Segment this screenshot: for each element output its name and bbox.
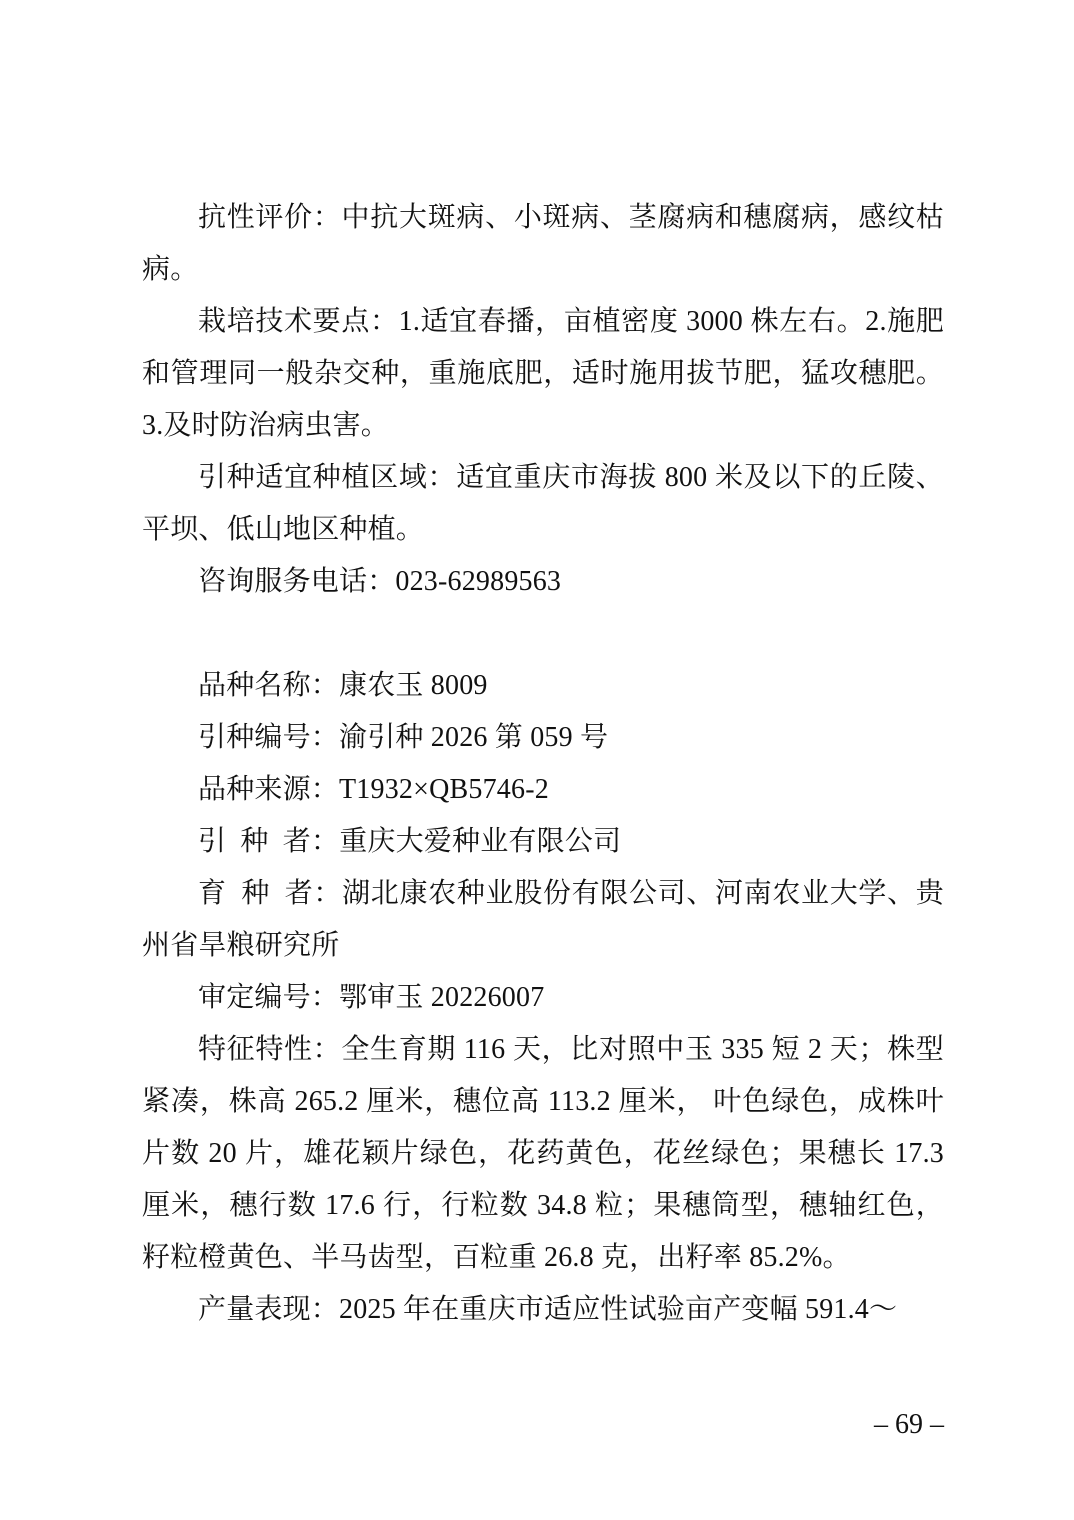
paragraph-variety-name: 品种名称：康农玉 8009 [142, 660, 944, 712]
paragraph-introduction-number: 引种编号：渝引种 2026 第 059 号 [142, 712, 944, 764]
paragraph-introducer: 引 种 者：重庆大爱种业有限公司 [142, 816, 944, 868]
paragraph-resistance-evaluation: 抗性评价：中抗大斑病、小斑病、茎腐病和穗腐病，感纹枯病。 [142, 192, 944, 296]
page-number: – 69 – [0, 1408, 944, 1442]
paragraph-suitable-planting-region: 引种适宜种植区域：适宜重庆市海拔 800 米及以下的丘陵、平坝、低山地区种植。 [142, 452, 944, 556]
paragraph-service-phone: 咨询服务电话：023-62989563 [142, 556, 944, 608]
paragraph-breeder: 育 种 者：湖北康农种业股份有限公司、河南农业大学、贵州省旱粮研究所 [142, 868, 944, 972]
document-body: 抗性评价：中抗大斑病、小斑病、茎腐病和穗腐病，感纹枯病。 栽培技术要点：1.适宜… [142, 192, 944, 1336]
document-page: 抗性评价：中抗大斑病、小斑病、茎腐病和穗腐病，感纹枯病。 栽培技术要点：1.适宜… [0, 0, 1074, 1520]
paragraph-cultivation-techniques: 栽培技术要点：1.适宜春播，亩植密度 3000 株左右。2.施肥和管理同一般杂交… [142, 296, 944, 452]
paragraph-characteristics: 特征特性：全生育期 116 天，比对照中玉 335 短 2 天；株型紧凑，株高 … [142, 1024, 944, 1284]
paragraph-variety-source: 品种来源：T1932×QB5746-2 [142, 764, 944, 816]
paragraph-approval-number: 审定编号：鄂审玉 20226007 [142, 972, 944, 1024]
paragraph-yield-performance: 产量表现：2025 年在重庆市适应性试验亩产变幅 591.4～ [142, 1284, 944, 1336]
